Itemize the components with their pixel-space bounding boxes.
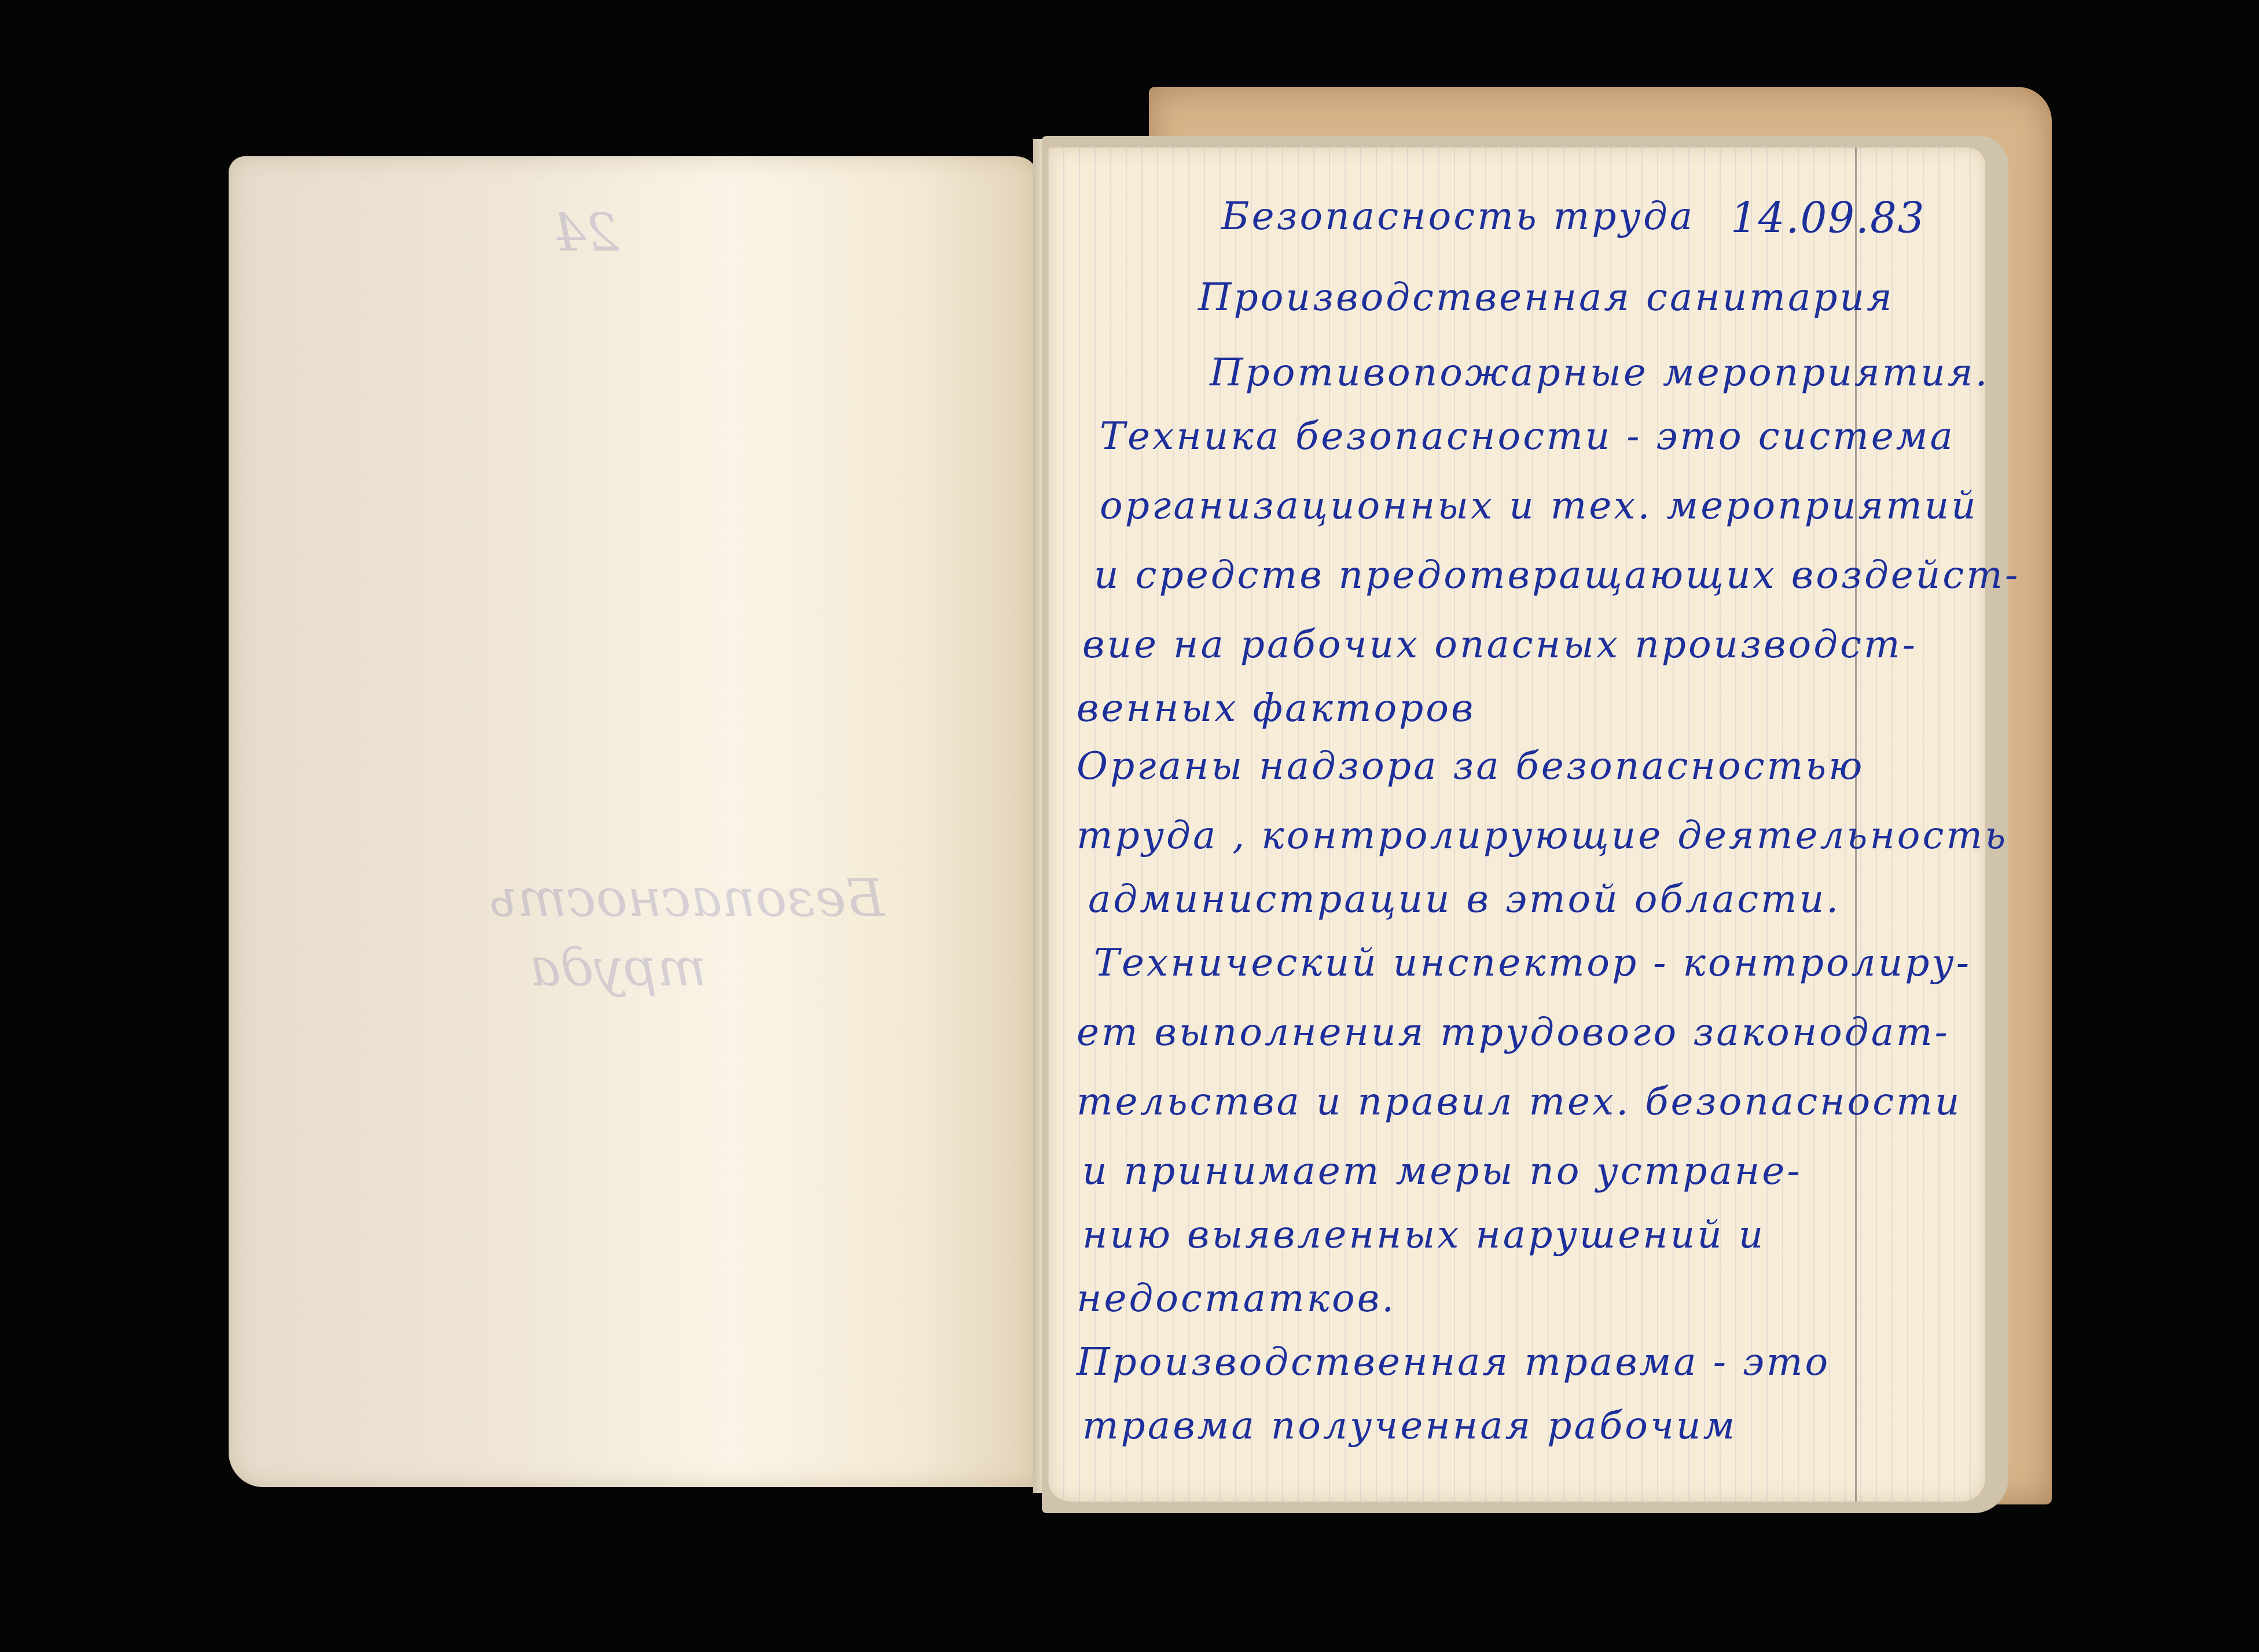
note-line: нию выявленных нарушений и	[1082, 1212, 1765, 1257]
note-line: Производственная травма - это	[1077, 1340, 1830, 1384]
note-line: Техника безопасности - это система	[1100, 414, 1955, 458]
note-subtitle: Производственная санитария	[1198, 275, 1894, 319]
note-title: Безопасность труда	[1221, 194, 1695, 238]
note-line: Органы надзора за безопасностью	[1077, 744, 1864, 788]
note-line: Технический инспектор - контролиру-	[1094, 940, 1971, 985]
note-line: и принимает меры по устране-	[1082, 1149, 1802, 1193]
right-page: Безопасность труда 14.09.83 Производстве…	[1048, 148, 1985, 1502]
note-line: вие на рабочих опасных производст-	[1082, 622, 1918, 667]
note-line: ет выполнения трудового законодат-	[1077, 1010, 1950, 1054]
left-page: 24 Безопасность труда	[229, 156, 1039, 1487]
note-line: и средств предотвращающих воздейст-	[1094, 553, 2020, 597]
note-line: администрации в этой области.	[1088, 877, 1841, 921]
note-line: венных факторов	[1077, 686, 1476, 730]
bleed-through-number: 24	[553, 203, 619, 263]
note-line: тельства и правил тех. безопасности	[1077, 1079, 1962, 1124]
bleed-through-text: труда	[530, 937, 707, 998]
note-line: труда , контролирующие деятельность	[1077, 813, 2008, 858]
note-line: травма полученная рабочим	[1082, 1403, 1737, 1448]
note-line: недостатков.	[1077, 1276, 1396, 1320]
bleed-through-text: Безопасность	[489, 868, 884, 929]
note-subtitle: Противопожарные мероприятия.	[1210, 350, 1989, 395]
note-line: организационных и тех. мероприятий	[1100, 483, 1978, 528]
note-date: 14.09.83	[1731, 194, 1926, 242]
